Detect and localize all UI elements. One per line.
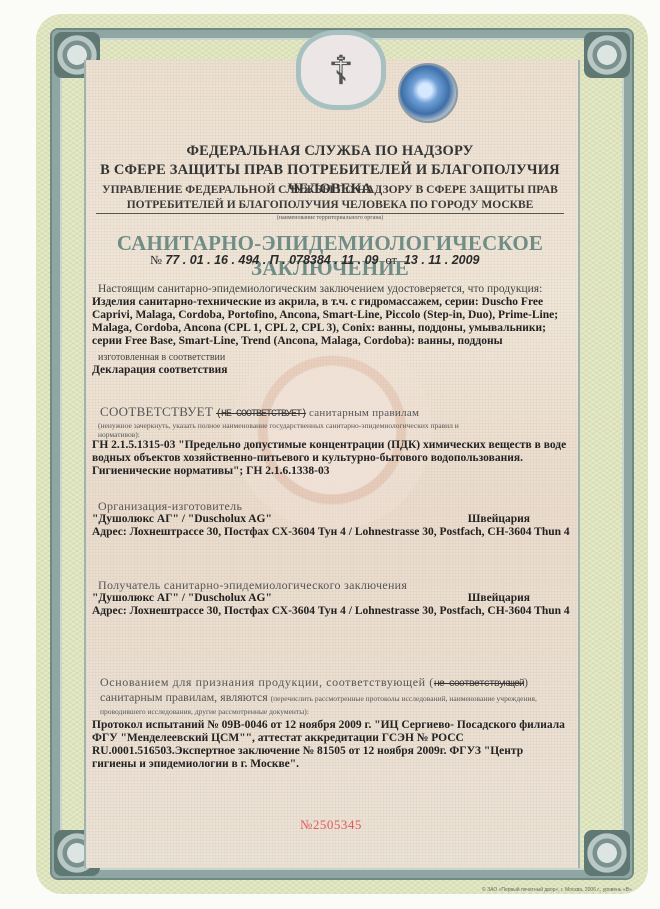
basis-struck: не соответствующей [434,679,524,690]
ornament-corner-icon [584,32,630,78]
department-line1: УПРАВЛЕНИЕ ФЕДЕРАЛЬНОЙ СЛУЖБЫ ПО НАДЗОРУ… [90,183,570,198]
manufacturer-name: "Душолюкс АГ" / "Duscholux AG" [92,513,272,525]
printer-imprint: © ЗАО «Первый печатный двор», г. Москва,… [482,887,632,893]
recipient-address: Адрес: Лохнештрассе 30, Постфах СХ-3604 … [92,605,570,618]
divider [96,213,564,214]
manufacturer-address: Адрес: Лохнештрассе 30, Постфах СХ-3604 … [92,526,570,539]
agency-name-line1: ФЕДЕРАЛЬНАЯ СЛУЖБА ПО НАДЗОРУ [90,142,570,161]
not-complies-struck: (НЕ СООТВЕТСТВУЕТ) [216,409,306,420]
recipient-country: Швейцария [468,592,530,605]
recipient-section: Получатель санитарно-эпидемиологического… [92,579,570,618]
department-caption: (наименование территориального органа) [90,215,570,221]
hologram-seal-icon [398,63,458,123]
compliance-hint: (ненужное зачеркнуть, указать полное наи… [92,421,498,439]
document-date: 13 . 11 . 2009 [404,253,480,267]
compliance-section: СООТВЕТСТВУЕТ (НЕ СООТВЕТСТВУЕТ) санитар… [92,405,570,478]
manufacturer-label: Организация-изготовитель [92,500,570,513]
double-headed-eagle-icon: ☦ [296,30,386,110]
basis-intro-line2: санитарным правилам, являются [100,690,268,704]
rules-label: санитарным правилам [309,407,419,419]
number-label: № [150,253,162,267]
document-number: 77 . 01 . 16 . 494 . П . 078384 . 11 . 0… [165,253,378,267]
basis-value: Протокол испытаний № 09В-0046 от 12 нояб… [92,719,570,771]
document-number-line: № 77 . 01 . 16 . 494 . П . 078384 . 11 .… [150,253,480,268]
date-label: от [385,253,397,267]
complies-label: СООТВЕТСТВУЕТ [100,404,213,419]
compliance-value: ГН 2.1.5.1315-03 "Предельно допустимые к… [92,439,570,478]
product-section: Настоящим санитарно-эпидемиологическим з… [92,283,570,377]
department-line2: ПОТРЕБИТЕЛЕЙ И БЛАГОПОЛУЧИЯ ЧЕЛОВЕКА ПО … [90,198,570,213]
recipient-name: "Душолюкс АГ" / "Duscholux AG" [92,592,272,604]
serial-number: №2505345 [300,817,362,833]
made-according-value: Декларация соответствия [92,364,570,377]
manufacturer-country: Швейцария [468,513,530,526]
product-intro: Настоящим санитарно-эпидемиологическим з… [92,283,570,296]
recipient-label: Получатель санитарно-эпидемиологического… [92,579,570,592]
basis-intro: Основанием для признания продукции, соот… [100,675,434,689]
basis-section: Основанием для признания продукции, соот… [92,676,570,771]
ornament-corner-icon [584,830,630,876]
product-description: Изделия санитарно-технические из акрила,… [92,296,570,348]
manufacturer-section: Организация-изготовитель "Душолюкс АГ" /… [92,500,570,539]
made-according-label: изготовленная в соответствии [92,351,570,364]
